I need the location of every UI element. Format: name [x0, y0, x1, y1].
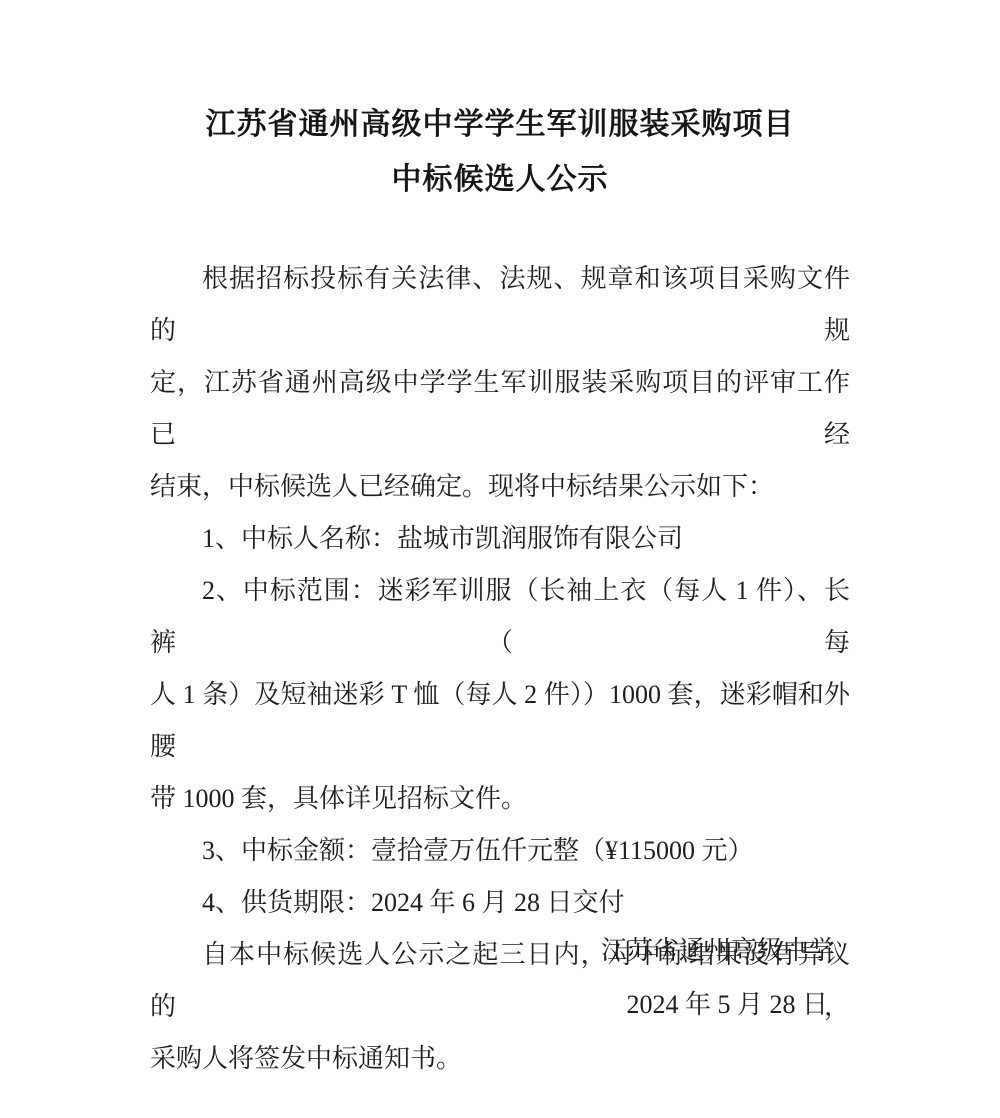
signature-date: 2024 年 5 月 28 日 — [150, 979, 850, 1031]
item-2-scope-line-3: 带 1000 套，具体详见招标文件。 — [150, 773, 850, 825]
signature-organization: 江苏省通州高级中学 — [150, 925, 850, 977]
item-3-bid-amount: 3、中标金额：壹拾壹万伍仟元整（¥115000 元） — [150, 825, 850, 877]
intro-line-2: 定，江苏省通州高级中学学生军训服装采购项目的评审工作已经 — [150, 357, 850, 461]
document-title-line-1: 江苏省通州高级中学学生军训服装采购项目 — [150, 97, 850, 152]
document-page: 江苏省通州高级中学学生军训服装采购项目 中标候选人公示 根据招标投标有关法律、法… — [0, 0, 1000, 1118]
document-title-line-2: 中标候选人公示 — [150, 152, 850, 207]
closing-line-2: 采购人将签发中标通知书。 — [150, 1033, 850, 1085]
intro-line-1: 根据招标投标有关法律、法规、规章和该项目采购文件的规 — [150, 253, 850, 357]
item-2-scope-line-1: 2、中标范围：迷彩军训服（长袖上衣（每人 1 件）、长裤（每 — [150, 565, 850, 669]
item-1-winner-name: 1、中标人名称：盐城市凯润服饰有限公司 — [150, 513, 850, 565]
item-4-delivery-term: 4、供货期限：2024 年 6 月 28 日交付 — [150, 877, 850, 929]
intro-line-3: 结束，中标候选人已经确定。现将中标结果公示如下： — [150, 461, 850, 513]
item-2-scope-line-2: 人 1 条）及短袖迷彩 T 恤（每人 2 件））1000 套，迷彩帽和外腰 — [150, 669, 850, 773]
document-title: 江苏省通州高级中学学生军训服装采购项目 中标候选人公示 — [150, 97, 850, 207]
